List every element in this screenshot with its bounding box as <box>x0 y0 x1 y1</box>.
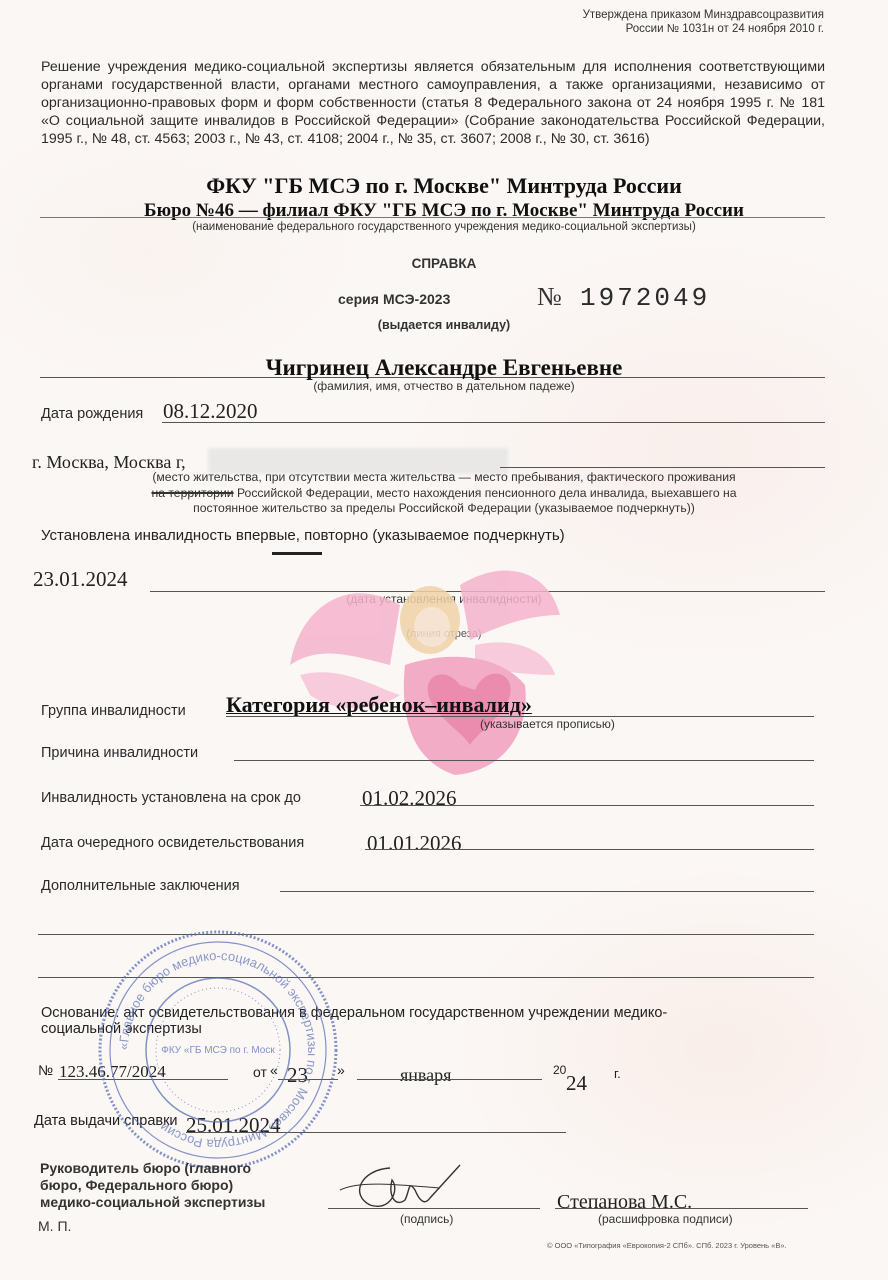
head-title-line-2: бюро, Федерального бюро) <box>40 1177 265 1194</box>
head-of-bureau-title: Руководитель бюро (главного бюро, Федера… <box>40 1160 265 1211</box>
issue-date-line <box>186 1132 566 1133</box>
from-label: от <box>253 1064 267 1080</box>
address-line <box>500 467 825 468</box>
cut-line-caption: (линия отреза) <box>0 628 888 640</box>
series-value: МСЭ-2023 <box>383 291 450 307</box>
number-sign: № <box>537 282 562 312</box>
organization-name: ФКУ "ГБ МСЭ по г. Москве" Минтруда Росси… <box>0 173 888 199</box>
organization-underline <box>40 217 825 218</box>
established-text: Установлена инвалидность впервые, повтор… <box>41 527 565 544</box>
head-title-line-1: Руководитель бюро (главного <box>40 1160 265 1177</box>
established-date: 23.01.2024 <box>33 567 128 592</box>
act-number-label: № <box>38 1062 53 1078</box>
extra-line-3 <box>38 977 814 978</box>
svg-text:ФКУ «ГБ МСЭ по г. Моск: ФКУ «ГБ МСЭ по г. Моск <box>161 1045 275 1056</box>
act-month: января <box>400 1065 451 1086</box>
quote-close: » <box>337 1062 345 1078</box>
name-caption: (фамилия, имя, отчество в дательном паде… <box>0 379 888 393</box>
act-number-line <box>58 1079 228 1080</box>
struck-text: на территории <box>151 486 233 500</box>
act-day: 23 <box>287 1063 308 1088</box>
term-label: Инвалидность установлена на срок до <box>41 790 301 806</box>
next-exam-label: Дата очередного освидетельствования <box>41 835 304 851</box>
document-title: СПРАВКА <box>0 256 888 271</box>
address-caption-line-1: (место жительства, при отсутствии места … <box>40 470 848 486</box>
signer-line <box>555 1208 808 1209</box>
signature-line <box>328 1208 540 1209</box>
cause-line <box>234 760 814 761</box>
extra-line-2 <box>38 934 814 935</box>
next-exam-value: 01.01.2026 <box>367 831 462 856</box>
handwritten-signature <box>330 1160 470 1220</box>
approval-line-2: России № 1031н от 24 ноября 2010 г. <box>583 22 824 36</box>
year-prefix: 20 <box>553 1063 566 1077</box>
address-caption-line-3: постоянное жительство за пределы Российс… <box>40 501 848 517</box>
established-date-caption: (дата установления инвалидности) <box>0 592 888 606</box>
printer-note: © ООО «Типография «Еврокопия-2 СПб». СПб… <box>547 1241 787 1250</box>
group-caption: (указывается прописью) <box>480 717 615 731</box>
signer-name: Степанова М.С. <box>557 1191 692 1214</box>
act-year: 24 <box>566 1071 587 1096</box>
month-line <box>357 1079 542 1080</box>
dob-line <box>162 422 825 423</box>
approval-line-1: Утверждена приказом Минздравсоцразвития <box>583 8 824 22</box>
issue-date: 25.01.2024 <box>186 1113 281 1138</box>
certificate-number: 1972049 <box>580 283 710 313</box>
quote-open: « <box>270 1062 278 1078</box>
legal-preamble: Решение учреждения медико-социальной экс… <box>41 58 825 148</box>
organization-caption: (наименование федерального государственн… <box>0 221 888 233</box>
year-suffix: г. <box>614 1066 621 1081</box>
issued-to-caption: (выдается инвалиду) <box>0 318 888 332</box>
term-line <box>360 805 814 806</box>
group-value: Категория «ребенок–инвалид» <box>226 692 532 718</box>
address-caption: (место жительства, при отсутствии места … <box>40 470 848 517</box>
head-title-line-3: медико-социальной экспертизы <box>40 1194 265 1211</box>
approval-note: Утверждена приказом Минздравсоцразвития … <box>583 8 824 36</box>
extra-line-1 <box>280 891 814 892</box>
address-caption-line-2-text: Российской Федерации, место нахождения п… <box>234 486 737 500</box>
dob-label: Дата рождения <box>41 406 143 422</box>
address-caption-line-2: на территории Российской Федерации, мест… <box>40 486 848 502</box>
term-value: 01.02.2026 <box>362 786 457 811</box>
dob-value: 08.12.2020 <box>163 399 258 424</box>
cause-label: Причина инвалидности <box>41 745 198 761</box>
series-label: серия <box>338 291 379 307</box>
signer-caption: (расшифровка подписи) <box>598 1212 733 1226</box>
organization-branch: Бюро №46 — филиал ФКУ "ГБ МСЭ по г. Моск… <box>0 200 888 222</box>
seal-place-label: М. П. <box>38 1218 71 1234</box>
signature-caption: (подпись) <box>400 1212 453 1226</box>
group-label: Группа инвалидности <box>41 703 186 719</box>
first-time-underline <box>272 552 322 555</box>
angel-heart-image <box>280 545 580 785</box>
basis-text: Основание: акт освидетельствования в фед… <box>41 1005 741 1037</box>
day-line <box>278 1079 338 1080</box>
person-name: Чигринец Александре Евгеньевне <box>0 355 888 381</box>
extra-conclusions-label: Дополнительные заключения <box>41 878 240 894</box>
issue-date-label: Дата выдачи справки <box>34 1113 178 1129</box>
next-exam-line <box>365 849 814 850</box>
